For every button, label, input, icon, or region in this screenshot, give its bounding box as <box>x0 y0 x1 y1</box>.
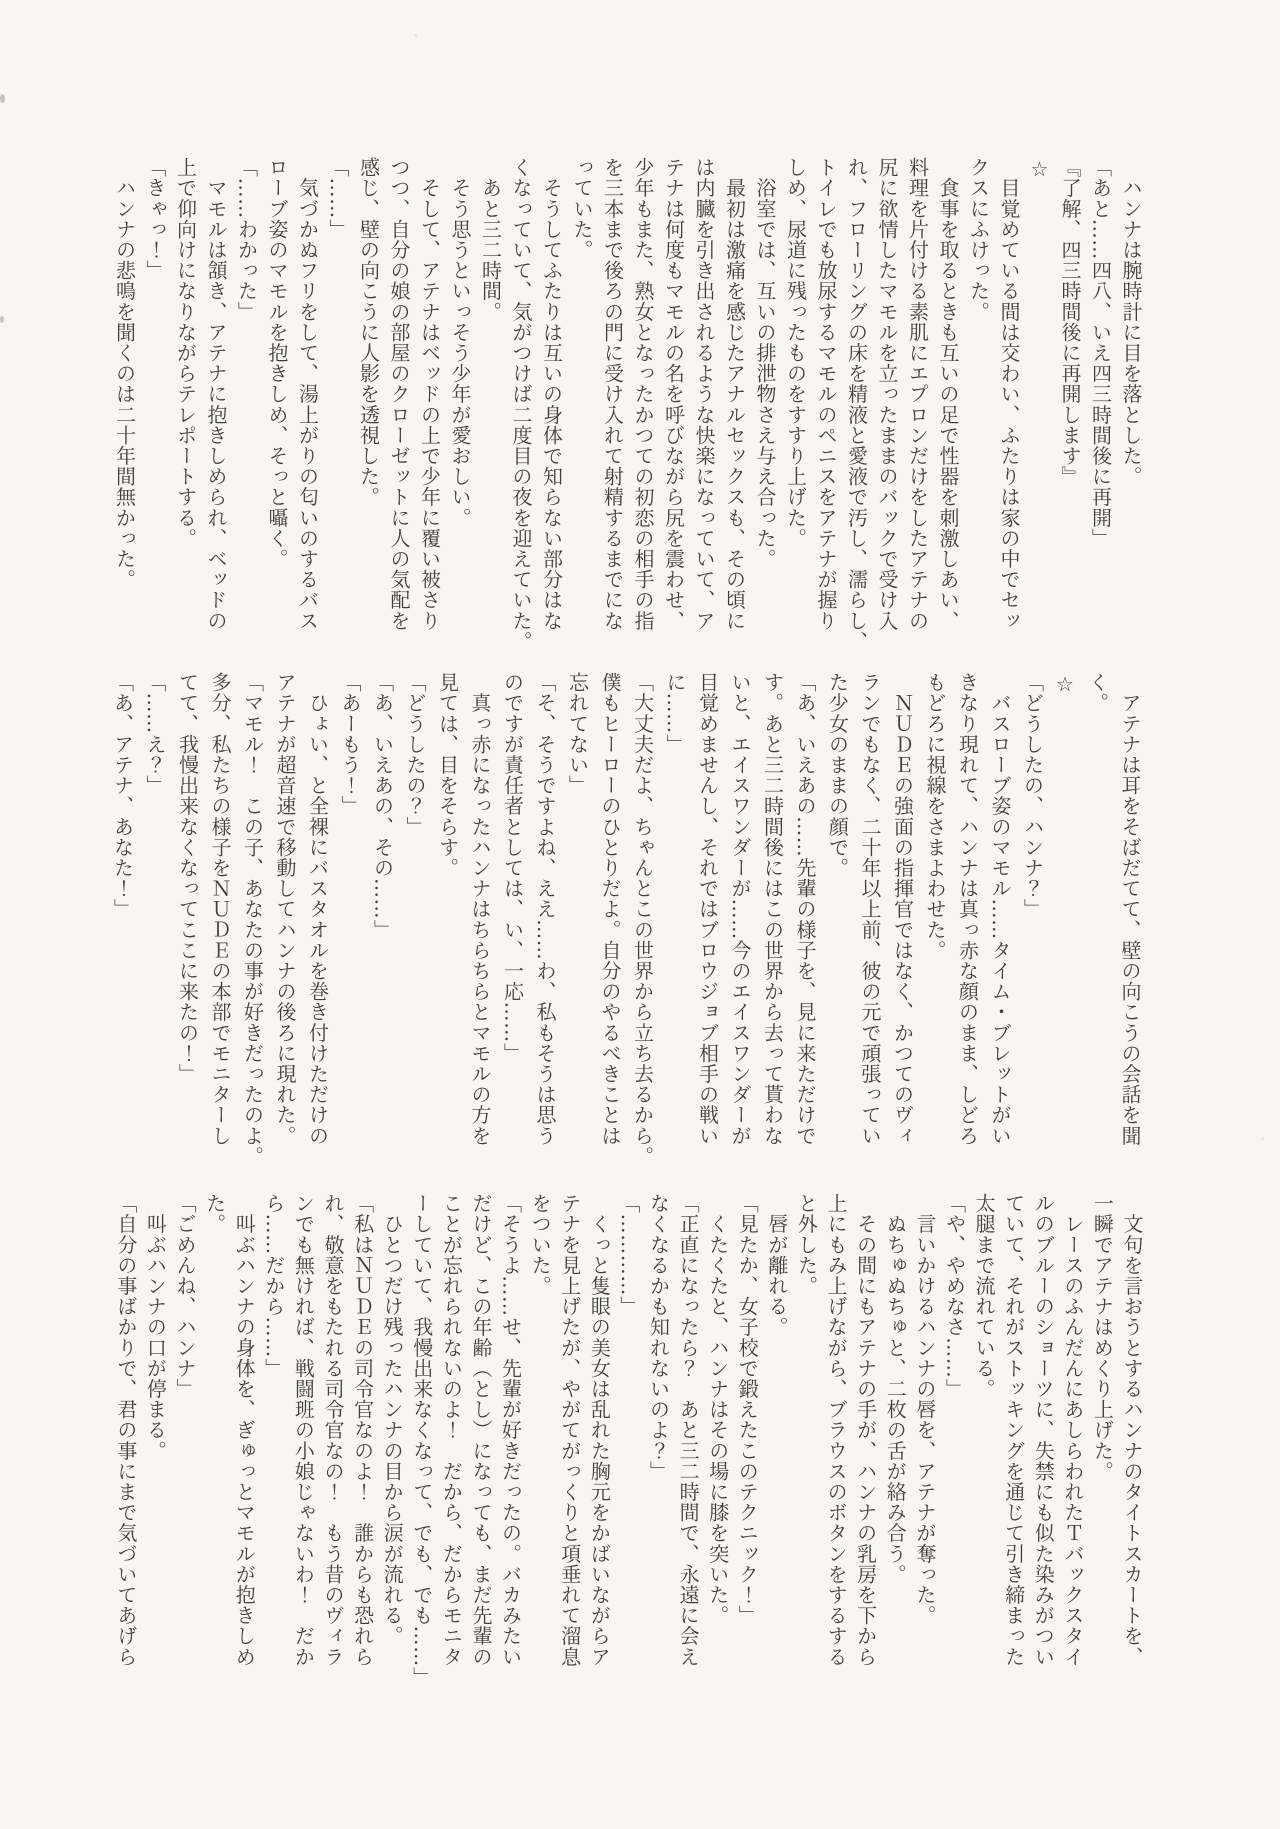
text-line: 料理を片付ける素肌にエプロンだけをしたアテナの <box>902 157 933 669</box>
text-line: バスローブ姿のマモル……タイム・ブレットがい <box>984 672 1017 1184</box>
text-line: 感じ、壁の向こうに人影を透視した。 <box>353 157 384 669</box>
text-line: アテナは耳をそばだてて、壁の向こうの会話を聞 <box>1114 672 1147 1184</box>
text-line: くたくたと、ハンナはその場に膝を突いた。 <box>702 1193 732 1705</box>
text-line: 多分、私たちの様子をＮＵＤＥの本部でモニターし <box>204 672 237 1184</box>
text-line: 「自分の事ばかりで、君の事にまで気づいてあげら <box>110 1193 140 1705</box>
text-line: くなっていて、気がつけば二度目の夜を迎えていた。 <box>506 157 537 669</box>
scan-speck <box>0 316 4 323</box>
text-line: 「そうよ……せ、先輩が好きだったの。バカみたい <box>495 1193 525 1705</box>
text-line: テナを見上げたが、やがてがっくりと項垂れて溜息 <box>554 1193 584 1705</box>
text-line: 目覚めませんし、それではブロウジョブ相手の戦い <box>691 672 724 1184</box>
text-line: 見ては、目をそらす。 <box>431 672 464 1184</box>
text-line: 浴室では、互いの排泄物さえ与え合った。 <box>750 157 781 669</box>
text-line: 「……わかった」 <box>231 157 262 669</box>
middle-text-block: アテナは耳をそばだてて、壁の向こうの会話を聞く。☆「どうしたの、ハンナ？」 バス… <box>106 672 1146 1184</box>
text-line: と外した。 <box>791 1193 821 1705</box>
text-line: 「そ、そうですよね、ええ……わ、私もそうは思う <box>529 672 562 1184</box>
text-line: 忘れてない」 <box>561 672 594 1184</box>
top-text-block: ハンナは腕時計に目を落とした。「あと……四八、いえ四三時間後に再開」『了解、四三… <box>109 157 1146 669</box>
text-line: 「あーもう！」 <box>334 672 367 1184</box>
text-line: れ、フローリングの床を精液と愛液で汚し、濡らし、 <box>841 157 872 669</box>
text-line: ひとつだけ残ったハンナの目から涙が流れる。 <box>377 1193 407 1705</box>
text-line: テナは何度もマモルの名を呼びながら尻を震わせ、 <box>658 157 689 669</box>
text-line: ことが忘れられないのよ！ だから、だからモニタ <box>436 1193 466 1705</box>
text-line: 「…………」 <box>613 1193 643 1705</box>
text-line: 叫ぶハンナの口が停まる。 <box>140 1193 170 1705</box>
text-line: 「私はＮＵＤＥの司令官なのよ！ 誰からも恐れら <box>347 1193 377 1705</box>
scan-speck <box>0 94 5 103</box>
text-line: いと、エイスワンダーが……今のエイスワンダーが <box>724 672 757 1184</box>
text-line: 「きゃっ！」 <box>140 157 171 669</box>
scan-speck <box>1261 1137 1264 1140</box>
text-line: 「どうしたの？」 <box>399 672 432 1184</box>
text-line: ☆ <box>1049 672 1082 1184</box>
text-line: くっと隻眼の美女は乱れた胸元をかばいながらア <box>584 1193 614 1705</box>
text-line: をついた。 <box>525 1193 555 1705</box>
text-line: ハンナは腕時計に目を落とした。 <box>1116 157 1147 669</box>
text-line: ていて、それがストッキングを通じて引き締まった <box>998 1193 1028 1705</box>
text-line: を三本まで後ろの門に受け入れて射精するまでにな <box>597 157 628 669</box>
text-line: 一瞬でアテナはめくり上げた。 <box>1087 1193 1117 1705</box>
text-line: っていた。 <box>567 157 598 669</box>
text-line: 真っ赤になったハンナはちらちらとマモルの方を <box>464 672 497 1184</box>
text-line: レースのふんだんにあしらわれたＴバックスタイ <box>1057 1193 1087 1705</box>
text-line: ら……だから……」 <box>258 1193 288 1705</box>
text-line: 「あ、いえあの……先輩の様子を、見に来ただけで <box>789 672 822 1184</box>
text-line: 「見たか、女子校で鍛えたこのテクニック！」 <box>732 1193 762 1705</box>
text-line: 目覚めている間は交わい、ふたりは家の中でセッ <box>994 157 1025 669</box>
text-line: 「や、やめなさ……」 <box>939 1193 969 1705</box>
text-line: 叫ぶハンナの身体を、ぎゅっとマモルが抱きしめ <box>229 1193 259 1705</box>
text-line: のですが責任者としては、い、一応……」 <box>496 672 529 1184</box>
scanned-novel-page: ハンナは腕時計に目を落とした。「あと……四八、いえ四三時間後に再開」『了解、四三… <box>0 0 1280 1829</box>
text-line: 食事を取るときも互いの足で性器を刺激しあい、 <box>933 157 964 669</box>
text-line: きなり現れて、ハンナは真っ赤な顔のまま、しどろ <box>951 672 984 1184</box>
text-line: す。あと三二時間後にはこの世界から去って貰わな <box>756 672 789 1184</box>
text-line: 唇が離れる。 <box>761 1193 791 1705</box>
scanned-page-body: { "colors": { "paper": "#f7f6f1", "ink":… <box>0 0 1280 1829</box>
text-line: 「……え？」 <box>139 672 172 1184</box>
text-line: あと三二時間。 <box>475 157 506 669</box>
text-line: れ、敬意をもたれる司令官なの！ もう昔のヴィラ <box>317 1193 347 1705</box>
text-line: 「どうしたの、ハンナ？」 <box>1016 672 1049 1184</box>
text-line: に……」 <box>659 672 692 1184</box>
text-line: ☆ <box>1024 157 1055 669</box>
text-line: 「大丈夫だよ、ちゃんとこの世界から立ち去るから。 <box>626 672 659 1184</box>
text-line: た少女のままの顔で。 <box>821 672 854 1184</box>
text-line: クスにふけった。 <box>963 157 994 669</box>
text-line: 「正直になったら？ あと三二時間で、永遠に会え <box>673 1193 703 1705</box>
text-line: そう思うといっそう少年が愛おしい。 <box>445 157 476 669</box>
text-line: 「あと……四八、いえ四三時間後に再開」 <box>1085 157 1116 669</box>
text-line: ぬちゅぬちゅと、二枚の舌が絡み合う。 <box>880 1193 910 1705</box>
text-line: た。 <box>199 1193 229 1705</box>
text-line: 上にもみ上げながら、ブラウスのボタンをするする <box>820 1193 850 1705</box>
text-line: ンでも無ければ、戦闘班の小娘じゃないわ！ だか <box>288 1193 318 1705</box>
text-line: 気づかぬフリをして、湯上がりの匂いのするバス <box>292 157 323 669</box>
text-line: く。 <box>1081 672 1114 1184</box>
text-line: 僕もヒーローのひとりだよ。自分のやるべきことは <box>594 672 627 1184</box>
text-line: ローブ姿のマモルを抱きしめ、そっと囁く。 <box>262 157 293 669</box>
text-line: なくなるかも知れないのよ？」 <box>643 1193 673 1705</box>
text-line: その間にもアテナの手が、ハンナの乳房を下から <box>850 1193 880 1705</box>
text-line: ーしていて、我慢出来なくなって、でも、でも……」 <box>406 1193 436 1705</box>
text-line: 『了解、四三時間後に再開します』 <box>1055 157 1086 669</box>
text-line: 「ごめんね、ハンナ」 <box>169 1193 199 1705</box>
text-line: マモルは頷き、アテナに抱きしめられ、ベッドの <box>201 157 232 669</box>
text-line: 言いかけるハンナの唇を、アテナが奪った。 <box>909 1193 939 1705</box>
text-line: アテナが超音速で移動してハンナの後ろに現れた。 <box>269 672 302 1184</box>
text-line: は内臓を引き出されるような快楽になっていて、ア <box>689 157 720 669</box>
text-line: そうしてふたりは互いの身体で知らない部分はな <box>536 157 567 669</box>
text-line: 「……」 <box>323 157 354 669</box>
bottom-text-block: 文句を言おうとするハンナのタイトスカートを、一瞬でアテナはめくり上げた。 レース… <box>110 1193 1146 1705</box>
text-line: 尻に欲情したマモルを立ったままのバックで受け入 <box>872 157 903 669</box>
text-line: てて、我慢出来なくなってここに来たの！」 <box>171 672 204 1184</box>
text-line: 太腿まで流れている。 <box>968 1193 998 1705</box>
text-line: ランでもなく、二十年以上前、彼の元で頑張ってい <box>854 672 887 1184</box>
text-line: 文句を言おうとするハンナのタイトスカートを、 <box>1116 1193 1146 1705</box>
text-line: ルのブルーのショーツに、失禁にも似た染みがつい <box>1028 1193 1058 1705</box>
text-line: ひょい、と全裸にバスタオルを巻き付けただけの <box>301 672 334 1184</box>
text-line: ＮＵＤＥの強面の指揮官ではなく、かつてのヴィ <box>886 672 919 1184</box>
text-line: 「マモル！ この子、あなたの事が好きだったのよ。 <box>236 672 269 1184</box>
text-line: 少年もまた、熟女となったかつての初恋の相手の指 <box>628 157 659 669</box>
text-line: 「あ、いえあの、その……」 <box>366 672 399 1184</box>
text-line: トイレでも放尿するマモルのペニスをアテナが握り <box>811 157 842 669</box>
text-line: ハンナの悲鳴を聞くのは二十年間無かった。 <box>109 157 140 669</box>
text-line: そして、アテナはベッドの上で少年に覆い被さり <box>414 157 445 669</box>
text-line: だけど、この年齢（とし）になっても、まだ先輩の <box>465 1193 495 1705</box>
text-line: しめ、尿道に残ったものをすすり上げた。 <box>780 157 811 669</box>
text-line: 上で仰向けになりながらテレポートする。 <box>170 157 201 669</box>
text-line: つつ、自分の娘の部屋のクローゼットに人の気配を <box>384 157 415 669</box>
text-line: 最初は激痛を感じたアナルセックスも、その頃に <box>719 157 750 669</box>
scan-speck <box>414 34 417 37</box>
text-line: 「あ、アテナ、あなた！」 <box>106 672 139 1184</box>
text-line: もどろに視線をさまよわせた。 <box>919 672 952 1184</box>
